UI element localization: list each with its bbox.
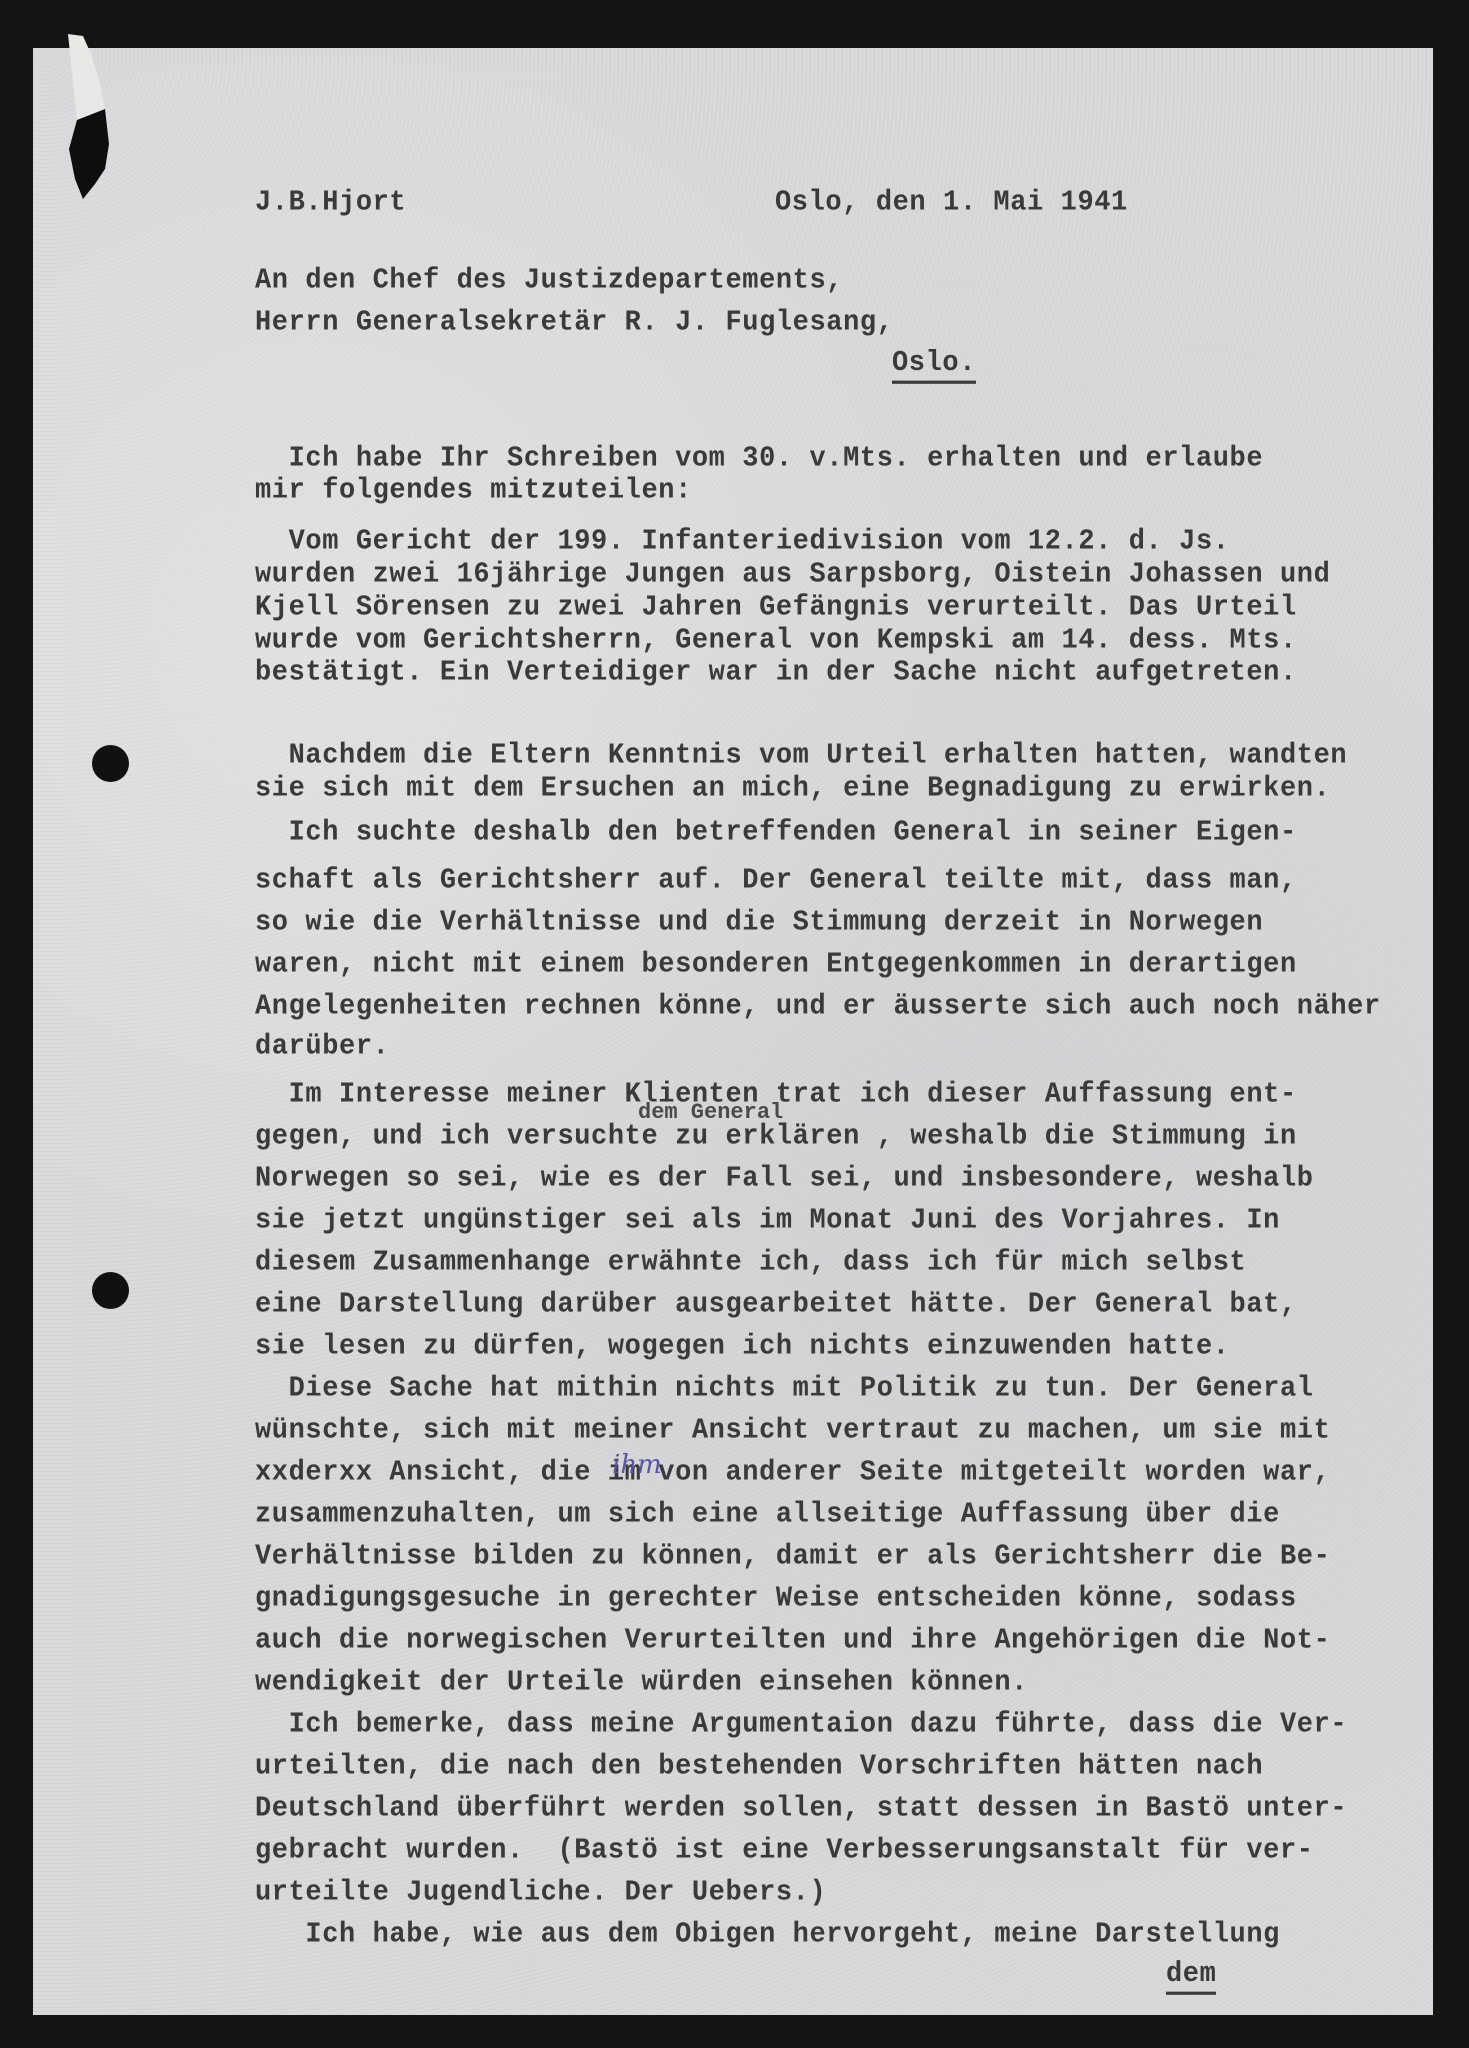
body-line: bestätigt. Ein Verteidiger war in der Sa… xyxy=(255,659,1297,687)
body-line: wünschte, sich mit meiner Ansicht vertra… xyxy=(255,1417,1330,1445)
body-line: mir folgendes mitzuteilen: xyxy=(255,477,692,505)
body-line: gebracht wurden. (Bastö ist eine Verbess… xyxy=(255,1837,1314,1865)
body-line: sie sich mit dem Ersuchen an mich, eine … xyxy=(255,775,1330,803)
body-line: urteilten, die nach den bestehenden Vors… xyxy=(255,1753,1263,1781)
body-line: xxderxx Ansicht, die im von anderer Seit… xyxy=(255,1459,1330,1487)
body-line: so wie die Verhältnisse und die Stimmung… xyxy=(255,909,1263,937)
body-line: zusammenzuhalten, um sich eine allseitig… xyxy=(255,1501,1280,1529)
body-line: sie jetzt ungünstiger sei als im Monat J… xyxy=(255,1207,1280,1235)
body-line: gnadigungsgesuche in gerechter Weise ent… xyxy=(255,1585,1297,1613)
sender: J.B.Hjort xyxy=(255,189,406,217)
place-date: Oslo, den 1. Mai 1941 xyxy=(775,189,1128,217)
pen-correction-ihm: ihm xyxy=(612,1450,662,1480)
body-line: Ich habe, wie aus dem Obigen hervorgeht,… xyxy=(255,1921,1280,1949)
punch-hole-top xyxy=(92,745,129,782)
body-line: Vom Gericht der 199. Infanteriedivision … xyxy=(255,528,1230,556)
body-line: wurde vom Gerichtsherrn, General von Kem… xyxy=(255,627,1297,655)
body-line: Norwegen so sei, wie es der Fall sei, un… xyxy=(255,1165,1314,1193)
body-line: darüber. xyxy=(255,1033,389,1061)
recipient-line-2: Herrn Generalsekretär R. J. Fuglesang, xyxy=(255,309,894,337)
body-line: auch die norwegischen Verurteilten und i… xyxy=(255,1627,1330,1655)
body-line: waren, nicht mit einem besonderen Entgeg… xyxy=(255,951,1297,979)
recipient-line-1: An den Chef des Justizdepartements, xyxy=(255,267,843,295)
recipient-city: Oslo. xyxy=(892,350,976,384)
body-line: wendigkeit der Urteile würden einsehen k… xyxy=(255,1669,1028,1697)
body-line: Deutschland überführt werden sollen, sta… xyxy=(255,1795,1347,1823)
catchword: dem xyxy=(1166,1961,1216,1995)
body-line: Nachdem die Eltern Kenntnis vom Urteil e… xyxy=(255,742,1347,770)
body-line: sie lesen zu dürfen, wogegen ich nichts … xyxy=(255,1333,1230,1361)
body-line: urteilte Jugendliche. Der Uebers.) xyxy=(255,1879,826,1907)
body-line: schaft als Gerichtsherr auf. Der General… xyxy=(255,867,1297,895)
body-line: diesem Zusammenhange erwähnte ich, dass … xyxy=(255,1249,1246,1277)
body-line: Kjell Sörensen zu zwei Jahren Gefängnis … xyxy=(255,594,1297,622)
body-line: Ich bemerke, dass meine Argumentaion daz… xyxy=(255,1711,1347,1739)
body-line: wurden zwei 16jährige Jungen aus Sarpsbo… xyxy=(255,561,1330,589)
body-line: eine Darstellung darüber ausgearbeitet h… xyxy=(255,1291,1297,1319)
body-line: gegen, und ich versuchte zu erklären , w… xyxy=(255,1123,1297,1151)
body-line: Ich suchte deshalb den betreffenden Gene… xyxy=(255,819,1297,847)
body-line: Verhältnisse bilden zu können, damit er … xyxy=(255,1543,1330,1571)
body-line: Angelegenheiten rechnen könne, und er äu… xyxy=(255,993,1381,1021)
punch-hole-bottom xyxy=(92,1272,129,1309)
torn-corner xyxy=(65,34,111,199)
body-line: Ich habe Ihr Schreiben vom 30. v.Mts. er… xyxy=(255,445,1263,473)
body-line: Diese Sache hat mithin nichts mit Politi… xyxy=(255,1375,1314,1403)
